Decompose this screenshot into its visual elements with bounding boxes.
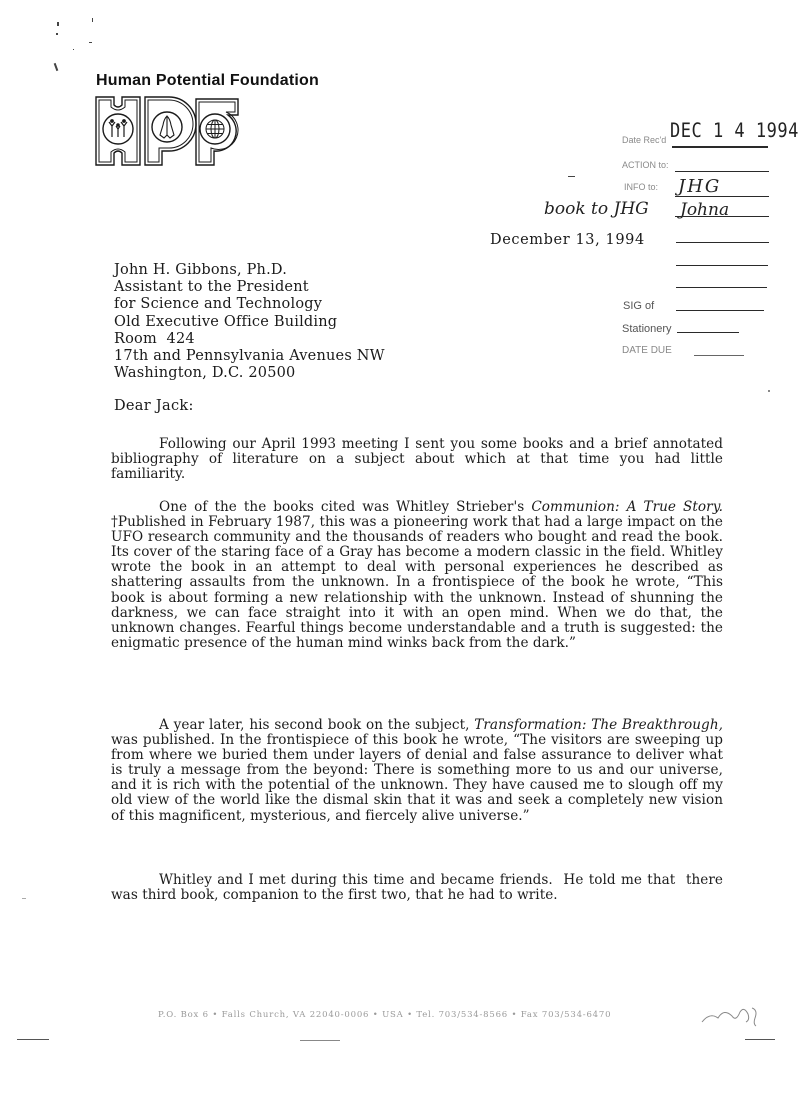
info-label: INFO to: [624,182,658,192]
address-line: 17th and Pennsylvania Avenues NW [114,348,385,365]
paragraph-text: †Published in February 1987, this was a … [111,514,723,651]
handwritten-note: book to JHG [544,199,649,219]
scan-speck [92,18,93,22]
salutation: Dear Jack: [114,398,194,414]
letter-date: December 13, 1994 [490,232,645,248]
paragraph-text: Following our April 1993 meeting I sent … [111,436,723,482]
footer-address: P.O. Box 6 • Falls Church, VA 22040-0006… [158,1010,611,1020]
action-label: ACTION to: [622,160,669,170]
stamp-rule [676,310,764,311]
sig-of-label: SIG of [623,300,654,312]
address-line: Assistant to the President [114,279,385,296]
stamp-rule [676,287,767,288]
scan-speck [300,1040,340,1041]
handwritten-initials: Johna [680,200,729,220]
stamp-rule [672,146,768,148]
people-icon [109,120,127,137]
book-title-transformation: Transformation: The Breakthrough, [474,717,723,733]
scan-speck [73,49,74,50]
body-paragraph-1: Following our April 1993 meeting I sent … [111,437,723,482]
scan-speck [56,33,58,35]
recipient-address: John H. Gibbons, Ph.D. Assistant to the … [114,262,385,382]
stamp-rule [676,242,769,243]
body-paragraph-4: Whitley and I met during this time and b… [111,873,723,903]
address-line: Room 424 [114,331,385,348]
scan-speck [22,898,26,899]
globe-icon [206,120,224,138]
paragraph-text: One of the the books cited was Whitley S… [159,499,531,515]
date-received-stamp: DEC 1 4 1994 [670,120,799,143]
stamp-rule [675,216,769,217]
date-received-label: Date Rec'd [622,135,666,145]
scan-speck [17,1039,49,1040]
stationery-label: Stationery [622,323,672,335]
body-paragraph-2: One of the the books cited was Whitley S… [111,500,723,651]
info-handwritten-value: JHG [678,176,721,197]
hpf-logo [94,95,240,167]
book-title-communion: Communion: A True Story. [531,499,723,515]
stamp-rule [694,355,744,356]
stamp-rule [675,196,769,197]
address-line: Washington, D.C. 20500 [114,365,385,382]
scan-speck [57,22,59,26]
stamp-rule [675,171,769,172]
logo-letter-p [145,97,196,165]
body-paragraph-3: A year later, his second book on the sub… [111,718,723,824]
scan-speck [89,42,92,43]
stamp-rule [677,332,739,333]
stamp-rule [676,265,768,266]
scan-speck [745,1039,775,1040]
paragraph-text: A year later, his second book on the sub… [159,717,474,733]
scan-speck [568,176,575,177]
paragraph-text: was published. In the frontispiece of th… [111,732,723,823]
paragraph-text: Whitley and I met during this time and b… [111,872,732,903]
scan-speck [54,63,59,71]
address-line: John H. Gibbons, Ph.D. [114,262,385,279]
scan-speck [768,390,770,392]
logo-letter-f [196,99,238,165]
date-due-label: DATE DUE [622,345,672,356]
address-line: for Science and Technology [114,296,385,313]
praying-hands-icon [160,116,174,138]
address-line: Old Executive Office Building [114,314,385,331]
footer-scribble-mark [700,1004,760,1028]
organization-name: Human Potential Foundation [96,72,319,90]
